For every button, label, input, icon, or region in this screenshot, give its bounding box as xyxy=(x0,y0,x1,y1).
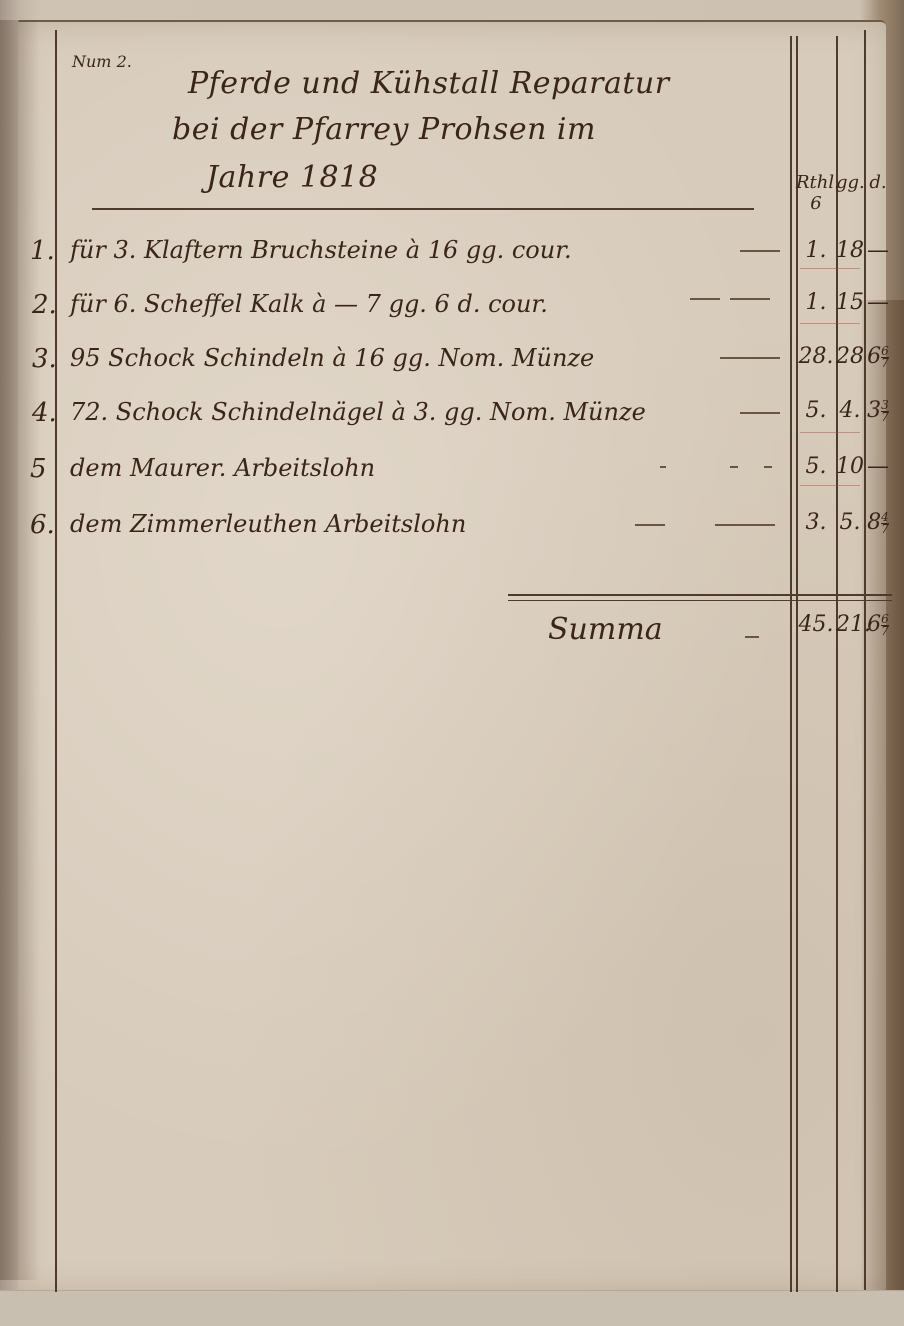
filler-dash xyxy=(635,524,665,526)
filler-dash xyxy=(660,466,666,468)
filler-dash xyxy=(730,466,738,468)
amount-d: 847 xyxy=(864,510,892,535)
row-number: 3. xyxy=(32,344,57,374)
rthl-column-rule-double xyxy=(796,36,798,1292)
amount-d: — xyxy=(864,454,892,479)
filler-dash xyxy=(740,412,780,414)
red-rule xyxy=(800,432,860,433)
fraction: 47 xyxy=(881,512,889,535)
entry-number-label: Num 2. xyxy=(72,52,132,71)
amount-rthl: 28. xyxy=(796,344,836,369)
header-underline xyxy=(92,208,754,210)
d-column-rule xyxy=(864,30,866,1290)
filler-dash xyxy=(690,298,720,300)
row-number: 6. xyxy=(30,510,55,540)
left-margin-rule xyxy=(55,30,57,1292)
gg-column-rule xyxy=(836,36,838,1292)
red-rule xyxy=(800,268,860,269)
fraction: 67 xyxy=(881,614,889,637)
filler-dash xyxy=(720,357,780,359)
amount-gg: 15 xyxy=(836,290,864,315)
header-gg: gg. xyxy=(836,172,864,193)
total-gg: 21. xyxy=(836,612,864,637)
total-rule-double xyxy=(508,600,892,601)
amount-gg: 4. xyxy=(836,398,864,423)
title-line-2: bei der Pfarrey Prohsen im xyxy=(172,112,596,147)
red-rule xyxy=(800,485,860,486)
amount-d: 667 xyxy=(864,344,892,369)
amount-gg: 28 xyxy=(836,344,864,369)
filler-dash xyxy=(730,298,770,300)
amount-rthl: 1. xyxy=(796,290,836,315)
entry-text: dem Zimmerleuthen Arbeitslohn xyxy=(70,510,466,538)
entry-text: für 3. Klaftern Bruchsteine à 16 gg. cou… xyxy=(70,236,572,264)
amount-d: 337 xyxy=(864,398,892,423)
fraction: 67 xyxy=(881,346,889,369)
fraction: 37 xyxy=(881,400,889,423)
ledger-page xyxy=(18,20,886,1292)
entry-text: 95 Schock Schindeln à 16 gg. Nom. Münze xyxy=(70,344,594,372)
entry-text: 72. Schock Schindelnägel à 3. gg. Nom. M… xyxy=(70,398,646,426)
entry-text: dem Maurer. Arbeitslohn xyxy=(70,454,375,482)
binding-shadow xyxy=(0,20,40,1280)
amount-d: — xyxy=(864,238,892,263)
row-number: 2. xyxy=(32,290,57,320)
total-label: Summa xyxy=(548,612,663,647)
amount-rthl: 5. xyxy=(796,398,836,423)
total-d: 667 xyxy=(864,612,892,637)
amount-d: — xyxy=(864,290,892,315)
row-number: 4. xyxy=(32,398,57,428)
total-rule xyxy=(508,594,892,596)
title-line-1: Pferde und Kühstall Reparatur xyxy=(188,66,670,101)
filler-dash xyxy=(745,636,759,638)
row-number: 5 xyxy=(30,454,47,484)
filler-dash xyxy=(715,524,775,526)
amount-gg: 5. xyxy=(836,510,864,535)
amount-rthl: 1. xyxy=(796,238,836,263)
amount-gg: 18 xyxy=(836,238,864,263)
amount-rthl: 5. xyxy=(796,454,836,479)
entry-text: für 6. Scheffel Kalk à — 7 gg. 6 d. cour… xyxy=(70,290,548,318)
header-d: d. xyxy=(864,172,892,193)
page-below xyxy=(0,1290,904,1326)
total-rthl: 45. xyxy=(796,612,836,637)
rthl-column-rule xyxy=(790,36,792,1292)
row-number: 1. xyxy=(30,236,55,266)
title-line-3: Jahre 1818 xyxy=(206,160,378,195)
filler-dash xyxy=(764,466,772,468)
red-rule xyxy=(800,323,860,324)
header-rthl: Rthl. 6 xyxy=(796,172,836,214)
amount-rthl: 3. xyxy=(796,510,836,535)
filler-dash xyxy=(740,250,780,252)
amount-gg: 10 xyxy=(836,454,864,479)
page-edge-stain xyxy=(862,300,904,1300)
